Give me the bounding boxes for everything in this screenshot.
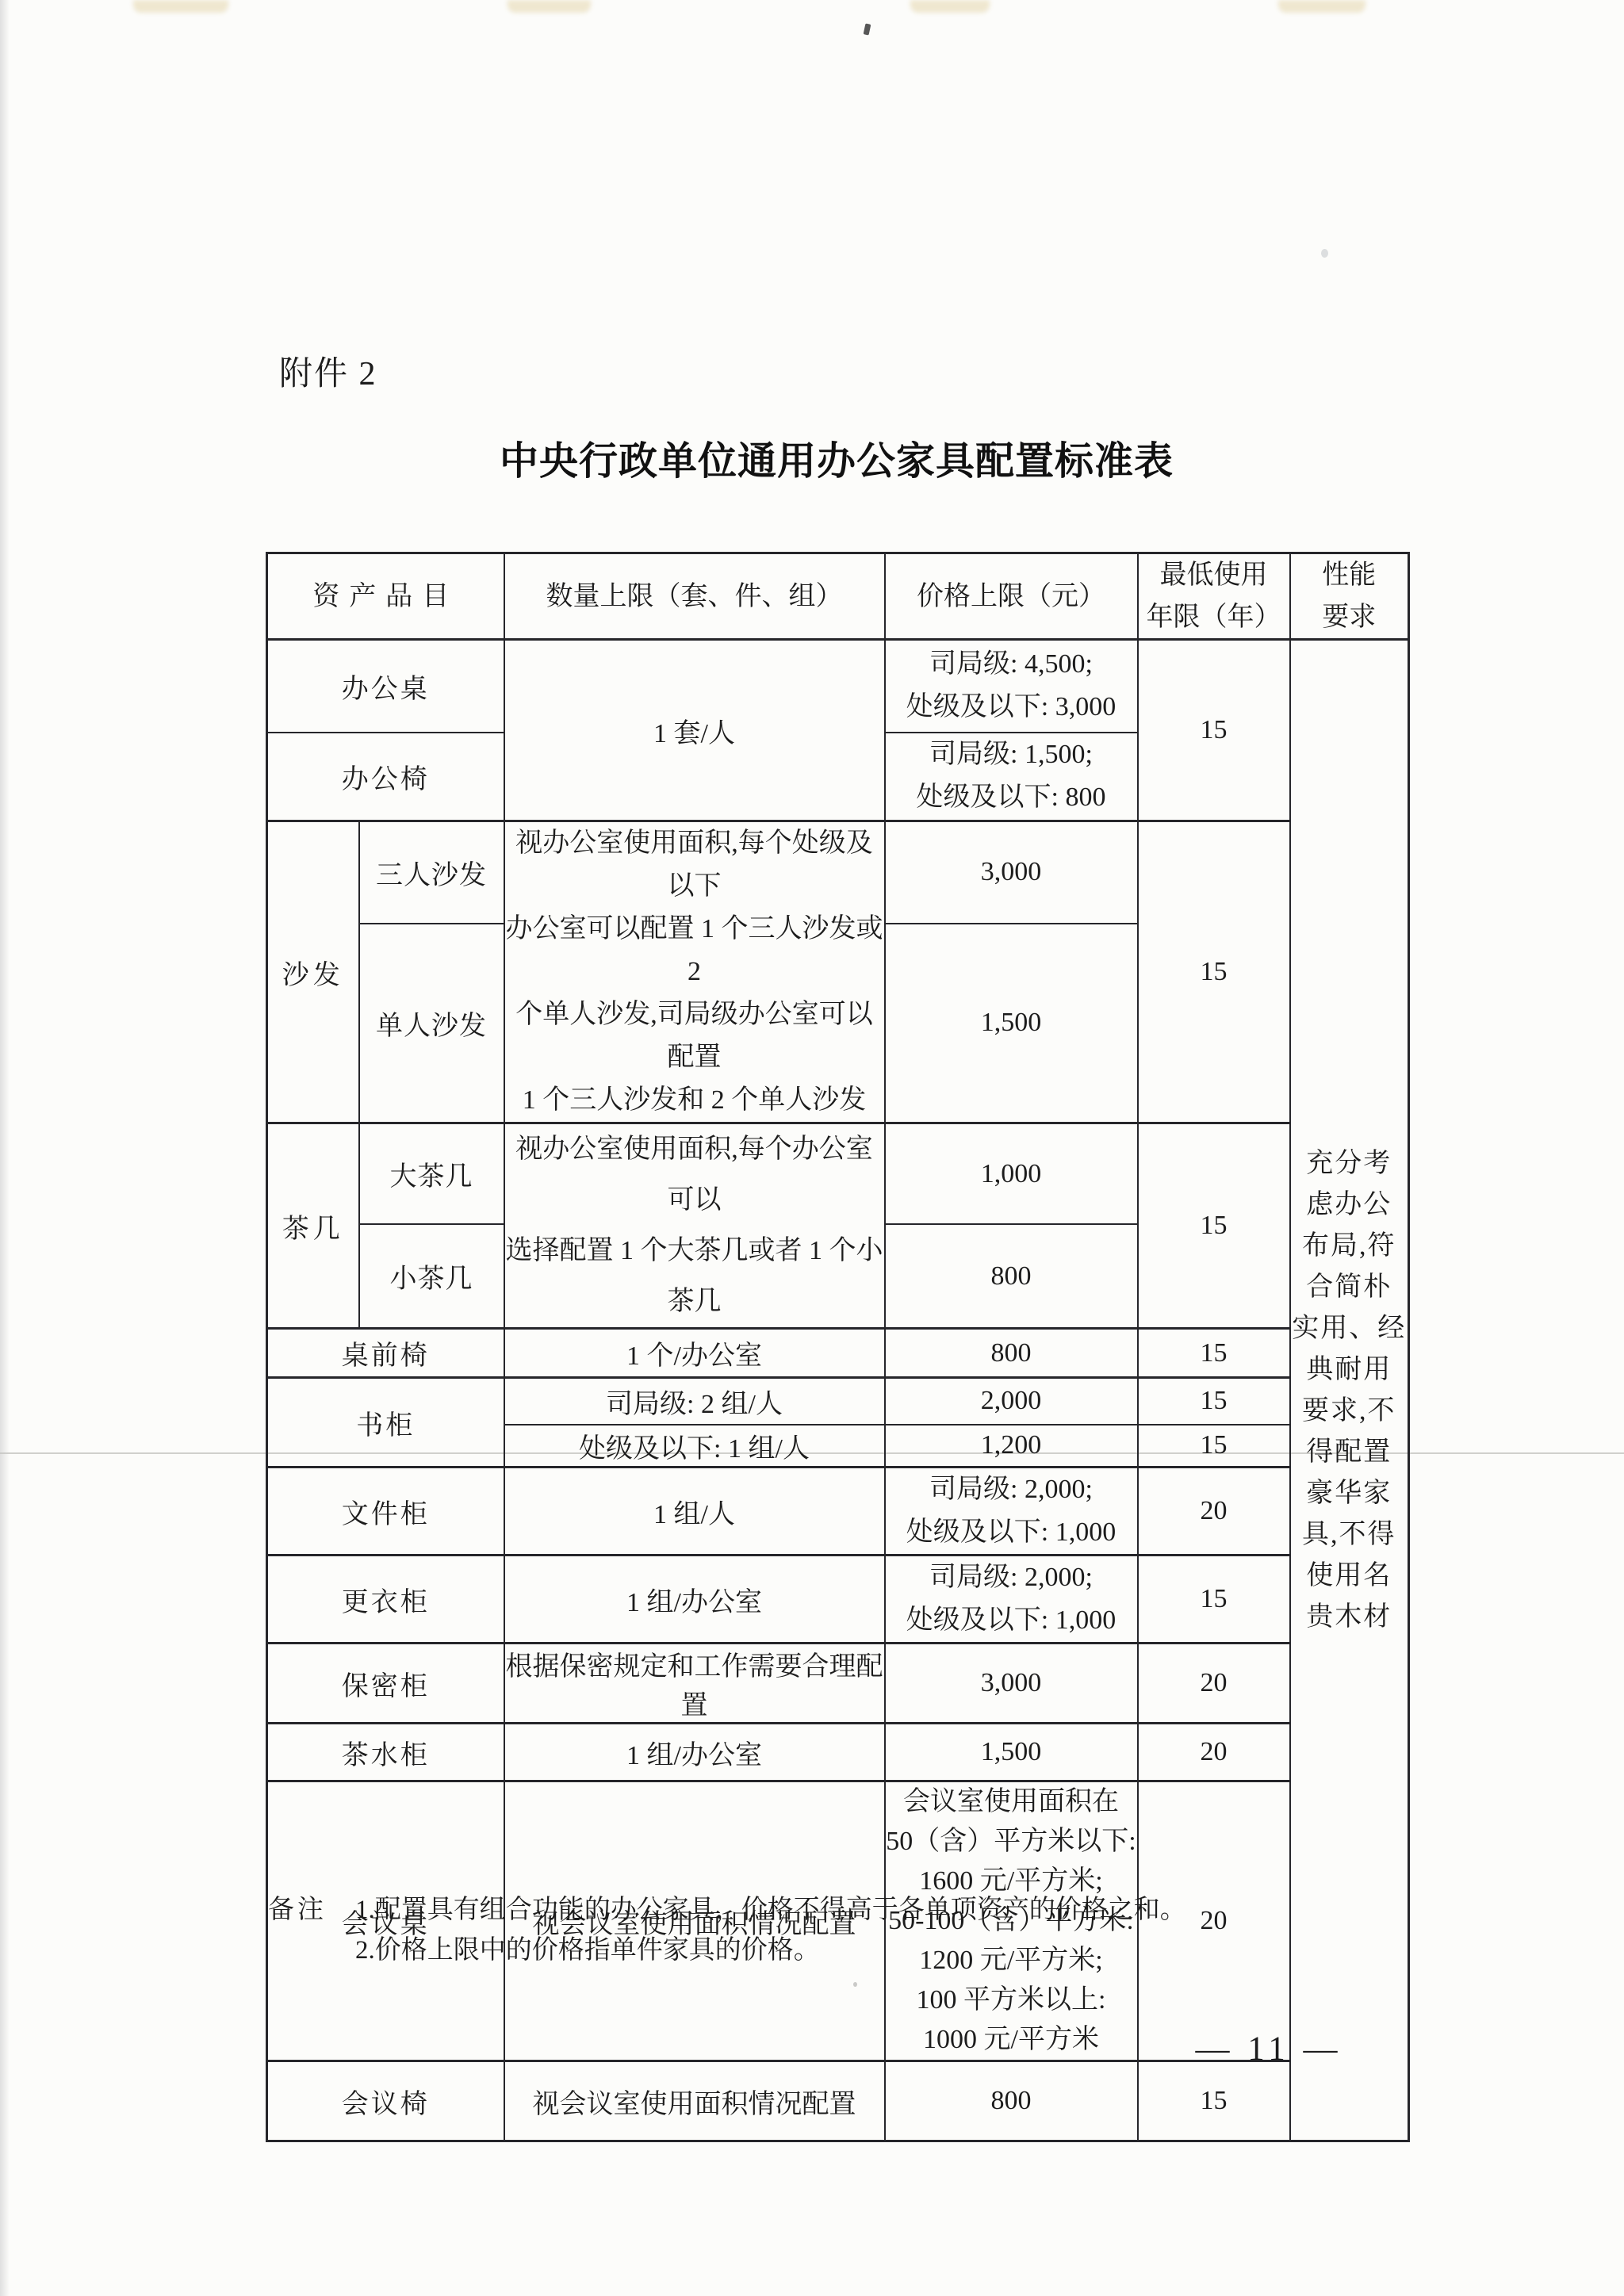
cell-front-chair-years: 15 xyxy=(1138,1329,1290,1378)
cell-conference-chair-years: 15 xyxy=(1138,2061,1290,2141)
cell-tea-cabinet-quantity: 1 组/办公室 xyxy=(504,1724,885,1781)
row-tea-table-large: 茶几 大茶几 视办公室使用面积,每个办公室可以 选择配置 1 个大茶几或者 1 … xyxy=(267,1123,1409,1225)
scan-smudge xyxy=(133,0,228,13)
cell-sofa-years: 15 xyxy=(1138,821,1290,1123)
scan-smudge xyxy=(507,0,591,13)
cell-wardrobe-price: 司局级: 2,000; 处级及以下: 1,000 xyxy=(885,1556,1138,1644)
cell-file-cabinet-price: 司局级: 2,000; 处级及以下: 1,000 xyxy=(885,1468,1138,1556)
row-tea-cabinet: 茶水柜 1 组/办公室 1,500 20 xyxy=(267,1724,1409,1781)
cell-small-tea-table-price: 800 xyxy=(885,1224,1138,1328)
header-price-limit: 价格上限（元） xyxy=(885,553,1138,640)
cell-desk-price: 司局级: 4,500; 处级及以下: 3,000 xyxy=(885,640,1138,733)
notes-label: 备注 xyxy=(268,1890,327,1971)
cell-conference-chair-name: 会议椅 xyxy=(267,2061,504,2141)
cell-wardrobe-quantity: 1 组/办公室 xyxy=(504,1556,885,1644)
cell-file-cabinet-years: 20 xyxy=(1138,1468,1290,1556)
header-min-service-years: 最低使用 年限（年） xyxy=(1138,553,1290,640)
cell-tea-table-years: 15 xyxy=(1138,1123,1290,1329)
scan-smudge xyxy=(910,0,990,13)
cell-bookcase-senior-years: 15 xyxy=(1138,1378,1290,1425)
note-item: 1.配置具有组合功能的办公家具，价格不得高于各单项资产的价格之和。 xyxy=(355,1890,1186,1931)
cell-tea-cabinet-name: 茶水柜 xyxy=(267,1724,504,1781)
cell-bookcase-junior-price: 1,200 xyxy=(885,1425,1138,1468)
cell-performance-note: 充分考 虑办公 布局,符 合简朴 实用、经 典耐用 要求,不 得配置 豪华家 具… xyxy=(1290,640,1409,2141)
cell-safe-cabinet-price: 3,000 xyxy=(885,1644,1138,1724)
cell-large-tea-table-name: 大茶几 xyxy=(359,1123,504,1225)
cell-chair-price: 司局级: 1,500; 处级及以下: 800 xyxy=(885,733,1138,821)
cell-three-seat-sofa-name: 三人沙发 xyxy=(359,821,504,924)
header-quantity-limit: 数量上限（套、件、组） xyxy=(504,553,885,640)
attachment-label: 附件 2 xyxy=(279,347,377,395)
cell-sofa-group: 沙发 xyxy=(267,821,359,1123)
scan-smudge xyxy=(1278,0,1365,13)
table-header-row: 资产品目 数量上限（套、件、组） 价格上限（元） 最低使用 年限（年） 性能 要… xyxy=(267,553,1409,640)
cell-single-sofa-price: 1,500 xyxy=(885,924,1138,1123)
row-sofa-three-seat: 沙发 三人沙发 视办公室使用面积,每个处级及以下 办公室可以配置 1 个三人沙发… xyxy=(267,821,1409,924)
cell-front-chair-name: 桌前椅 xyxy=(267,1329,504,1378)
cell-small-tea-table-name: 小茶几 xyxy=(359,1224,504,1328)
header-performance-requirements: 性能 要求 xyxy=(1290,553,1409,640)
note-item: 2.价格上限中的价格指单件家具的价格。 xyxy=(355,1931,1186,1971)
cell-bookcase-name: 书柜 xyxy=(267,1378,504,1468)
row-safe-cabinet: 保密柜 根据保密规定和工作需要合理配置 3,000 20 xyxy=(267,1644,1409,1724)
cell-sofa-quantity: 视办公室使用面积,每个处级及以下 办公室可以配置 1 个三人沙发或 2 个单人沙… xyxy=(504,821,885,1123)
cell-tea-table-quantity: 视办公室使用面积,每个办公室可以 选择配置 1 个大茶几或者 1 个小茶几 xyxy=(504,1123,885,1329)
scanned-document-page: 附件 2 中央行政单位通用办公家具配置标准表 资产品目 数量上限（套、件、组） … xyxy=(0,0,1624,2296)
row-front-chair: 桌前椅 1 个/办公室 800 15 xyxy=(267,1329,1409,1378)
cell-large-tea-table-price: 1,000 xyxy=(885,1123,1138,1225)
document-title: 中央行政单位通用办公家具配置标准表 xyxy=(266,430,1408,486)
notes-items: 1.配置具有组合功能的办公家具，价格不得高于各单项资产的价格之和。 2.价格上限… xyxy=(355,1890,1186,1971)
cell-chair-name: 办公椅 xyxy=(267,733,504,821)
row-bookcase-senior: 书柜 司局级: 2 组/人 2,000 15 xyxy=(267,1378,1409,1425)
cell-desk-name: 办公桌 xyxy=(267,640,504,733)
cell-front-chair-quantity: 1 个/办公室 xyxy=(504,1329,885,1378)
notes-section: 备注 1.配置具有组合功能的办公家具，价格不得高于各单项资产的价格之和。 2.价… xyxy=(268,1890,1267,1971)
cell-conference-chair-quantity: 视会议室使用面积情况配置 xyxy=(504,2061,885,2141)
cell-wardrobe-years: 15 xyxy=(1138,1556,1290,1644)
cell-tea-cabinet-price: 1,500 xyxy=(885,1724,1138,1781)
scan-speck xyxy=(1321,249,1328,258)
cell-bookcase-senior-price: 2,000 xyxy=(885,1378,1138,1425)
row-conference-chair: 会议椅 视会议室使用面积情况配置 800 15 xyxy=(267,2061,1409,2141)
cell-safe-cabinet-quantity: 根据保密规定和工作需要合理配置 xyxy=(504,1644,885,1724)
cell-safe-cabinet-years: 20 xyxy=(1138,1644,1290,1724)
cell-front-chair-price: 800 xyxy=(885,1329,1138,1378)
cell-bookcase-junior-years: 15 xyxy=(1138,1425,1290,1468)
scan-speck xyxy=(864,23,871,35)
cell-three-seat-sofa-price: 3,000 xyxy=(885,821,1138,924)
cell-safe-cabinet-name: 保密柜 xyxy=(267,1644,504,1724)
cell-tea-table-group: 茶几 xyxy=(267,1123,359,1329)
cell-bookcase-junior-quantity: 处级及以下: 1 组/人 xyxy=(504,1425,885,1468)
cell-file-cabinet-quantity: 1 组/人 xyxy=(504,1468,885,1556)
cell-conference-chair-price: 800 xyxy=(885,2061,1138,2141)
row-wardrobe: 更衣柜 1 组/办公室 司局级: 2,000; 处级及以下: 1,000 15 xyxy=(267,1556,1409,1644)
row-office-desk: 办公桌 1 套/人 司局级: 4,500; 处级及以下: 3,000 15 充分… xyxy=(267,640,1409,733)
scan-edge-shadow xyxy=(0,0,10,2296)
cell-file-cabinet-name: 文件柜 xyxy=(267,1468,504,1556)
row-file-cabinet: 文件柜 1 组/人 司局级: 2,000; 处级及以下: 1,000 20 xyxy=(267,1468,1409,1556)
cell-desk-chair-years: 15 xyxy=(1138,640,1290,821)
cell-wardrobe-name: 更衣柜 xyxy=(267,1556,504,1644)
cell-tea-cabinet-years: 20 xyxy=(1138,1724,1290,1781)
page-number: — 11 — xyxy=(1154,2030,1384,2068)
cell-desk-chair-quantity: 1 套/人 xyxy=(504,640,885,821)
cell-bookcase-senior-quantity: 司局级: 2 组/人 xyxy=(504,1378,885,1425)
header-asset-category: 资产品目 xyxy=(267,553,504,640)
cell-single-sofa-name: 单人沙发 xyxy=(359,924,504,1123)
